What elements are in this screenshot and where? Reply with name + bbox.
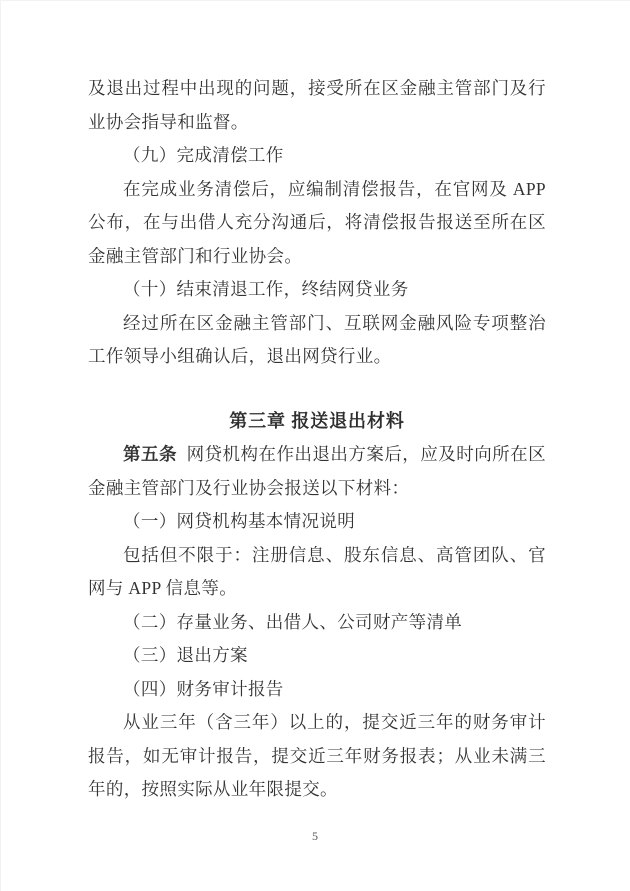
page-number: 5	[0, 829, 630, 843]
article-number: 第五条	[123, 444, 177, 464]
paragraph-item-three: （三）退出方案	[88, 639, 546, 673]
paragraph-item-ten: （十）结束清退工作，终结网贷业务	[88, 273, 546, 307]
paragraph-item-nine: （九）完成清偿工作	[88, 139, 546, 173]
article-paragraph: 第五条网贷机构在作出退出方案后，应及时向所在区金融主管部门及行业协会报送以下材料…	[88, 438, 546, 505]
paragraph-item-one: （一）网贷机构基本情况说明	[88, 505, 546, 539]
paragraph-body: 从业三年（含三年）以上的，提交近三年的财务审计报告，如无审计报告，提交近三年财务…	[88, 706, 546, 807]
chapter-heading: 第三章 报送退出材料	[88, 405, 546, 439]
paragraph-body: 在完成业务清偿后，应编制清偿报告，在官网及 APP 公布，在与出借人充分沟通后，…	[88, 173, 546, 274]
document-page: 及退出过程中出现的问题，接受所在区金融主管部门及行业协会指导和监督。 （九）完成…	[0, 0, 630, 891]
paragraph-continuation: 及退出过程中出现的问题，接受所在区金融主管部门及行业协会指导和监督。	[88, 72, 546, 139]
paragraph-item-two: （二）存量业务、出借人、公司财产等清单	[88, 606, 546, 640]
paragraph-item-four: （四）财务审计报告	[88, 673, 546, 707]
page-content: 及退出过程中出现的问题，接受所在区金融主管部门及行业协会指导和监督。 （九）完成…	[88, 72, 546, 807]
paragraph-body: 包括但不限于：注册信息、股东信息、高管团队、官网与 APP 信息等。	[88, 539, 546, 606]
paragraph-body: 经过所在区金融主管部门、互联网金融风险专项整治工作领导小组确认后，退出网贷行业。	[88, 307, 546, 374]
